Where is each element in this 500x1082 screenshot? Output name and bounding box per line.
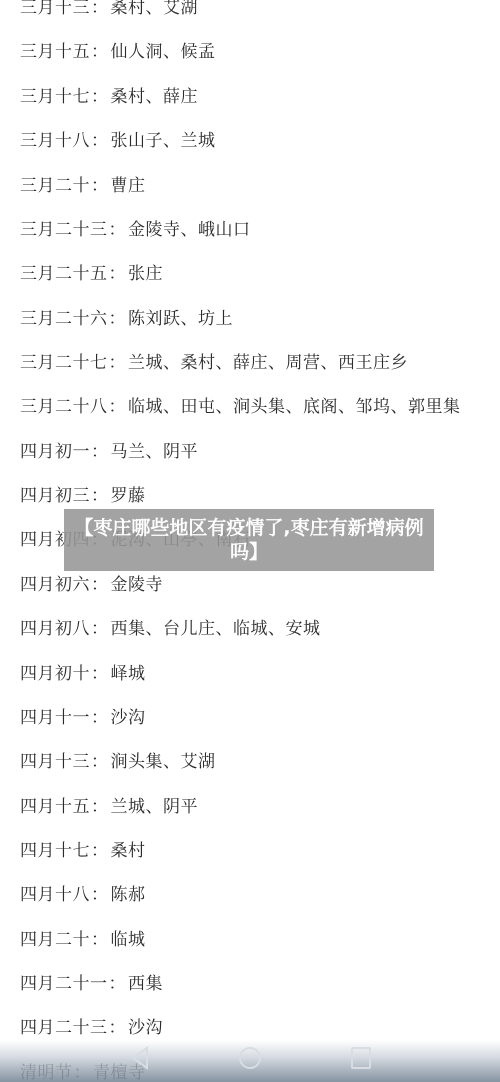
- date-label: 四月初八: [20, 619, 90, 639]
- separator: ：: [91, 664, 109, 684]
- banner-title: 【枣庄哪些地区有疫情了,枣庄有新增病例吗】: [64, 516, 434, 564]
- date-label: 四月初一: [20, 442, 90, 462]
- list-item: 三月二十：曹庄: [20, 174, 146, 198]
- date-label: 四月十一: [20, 708, 90, 728]
- list-item: 四月十三：涧头集、艾湖: [20, 750, 216, 774]
- places: 桑村、艾湖: [111, 0, 199, 18]
- separator: ：: [91, 841, 109, 861]
- list-item: 四月初八：西集、台儿庄、临城、安城: [20, 617, 321, 641]
- list-item: 三月十八：张山子、兰城: [20, 129, 216, 153]
- places: 陈郝: [111, 885, 146, 905]
- places: 陈刘跃、坊上: [128, 309, 233, 329]
- separator: ：: [109, 309, 127, 329]
- date-label: 四月十八: [20, 885, 90, 905]
- date-label: 三月十五: [20, 42, 90, 62]
- places: 西集、台儿庄、临城、安城: [111, 619, 321, 639]
- separator: ：: [91, 486, 109, 506]
- back-triangle-icon: [127, 1045, 153, 1071]
- places: 张山子、兰城: [111, 131, 216, 151]
- date-label: 三月二十: [20, 176, 90, 196]
- separator: ：: [91, 575, 109, 595]
- list-item: 四月十一：沙沟: [20, 706, 146, 730]
- date-label: 四月十七: [20, 841, 90, 861]
- separator: ：: [109, 397, 127, 417]
- separator: ：: [109, 264, 127, 284]
- separator: ：: [109, 1018, 127, 1038]
- separator: ：: [91, 885, 109, 905]
- separator: ：: [91, 619, 109, 639]
- separator: ：: [109, 220, 127, 240]
- separator: ：: [91, 797, 109, 817]
- list-item: 四月十五：兰城、阴平: [20, 795, 198, 819]
- date-label: 四月十三: [20, 752, 90, 772]
- places: 桑村、薛庄: [111, 87, 199, 107]
- places: 仙人洞、候孟: [111, 42, 216, 62]
- list-item: 三月二十五：张庄: [20, 262, 163, 286]
- separator: ：: [91, 87, 109, 107]
- places: 桑村: [111, 841, 146, 861]
- list-item: 三月二十八：临城、田屯、涧头集、底阁、邹坞、郭里集: [20, 395, 461, 419]
- separator: ：: [109, 353, 127, 373]
- places: 兰城、阴平: [111, 797, 199, 817]
- places: 罗藤: [111, 486, 146, 506]
- date-label: 四月十五: [20, 797, 90, 817]
- places: 峄城: [111, 664, 146, 684]
- list-item: 三月二十三：金陵寺、峨山口: [20, 218, 251, 242]
- separator: ：: [91, 0, 109, 18]
- date-label: 四月初三: [20, 486, 90, 506]
- list-item: 三月十五：仙人洞、候孟: [20, 40, 216, 64]
- date-label: 三月十八: [20, 131, 90, 151]
- places: 西集: [128, 974, 163, 994]
- list-item: 三月二十七：兰城、桑村、薛庄、周营、西王庄乡: [20, 351, 408, 375]
- date-label: 三月二十五: [20, 264, 108, 284]
- date-label: 四月初十: [20, 664, 90, 684]
- places: 涧头集、艾湖: [111, 752, 216, 772]
- places: 曹庄: [111, 176, 146, 196]
- places: 沙沟: [111, 708, 146, 728]
- separator: ：: [91, 42, 109, 62]
- back-button[interactable]: [127, 1045, 153, 1071]
- places: 马兰、阴平: [111, 442, 199, 462]
- date-label: 三月十三: [20, 0, 90, 18]
- date-label: 四月初六: [20, 575, 90, 595]
- list-item: 三月二十六：陈刘跃、坊上: [20, 307, 233, 331]
- date-label: 三月二十六: [20, 309, 108, 329]
- list-item: 四月初六：金陵寺: [20, 573, 163, 597]
- list-item: 四月二十三：沙沟: [20, 1016, 163, 1040]
- list-item: 四月初一：马兰、阴平: [20, 440, 198, 464]
- date-label: 四月二十一: [20, 974, 108, 994]
- date-label: 四月二十: [20, 930, 90, 950]
- date-label: 三月十七: [20, 87, 90, 107]
- home-button[interactable]: [237, 1045, 263, 1071]
- places: 沙沟: [128, 1018, 163, 1038]
- places: 金陵寺、峨山口: [128, 220, 251, 240]
- list-item: 四月二十：临城: [20, 928, 146, 952]
- date-label: 四月二十三: [20, 1018, 108, 1038]
- title-banner: 【枣庄哪些地区有疫情了,枣庄有新增病例吗】: [64, 509, 434, 571]
- separator: ：: [91, 708, 109, 728]
- list-item: 四月初三：罗藤: [20, 484, 146, 508]
- list-item: 四月二十一：西集: [20, 972, 163, 996]
- places: 兰城、桑村、薛庄、周营、西王庄乡: [128, 353, 408, 373]
- home-circle-icon: [237, 1045, 263, 1071]
- separator: ：: [91, 131, 109, 151]
- places: 金陵寺: [111, 575, 164, 595]
- recents-button[interactable]: [348, 1045, 374, 1071]
- places: 张庄: [128, 264, 163, 284]
- separator: ：: [91, 752, 109, 772]
- places: 临城: [111, 930, 146, 950]
- separator: ：: [109, 974, 127, 994]
- recents-square-icon: [348, 1045, 374, 1071]
- android-navigation-bar: [0, 1040, 500, 1082]
- list-item: 三月十七：桑村、薛庄: [20, 85, 198, 109]
- separator: ：: [91, 442, 109, 462]
- list-item: 四月十八：陈郝: [20, 883, 146, 907]
- date-label: 三月二十八: [20, 397, 108, 417]
- list-item: 四月十七：桑村: [20, 839, 146, 863]
- places: 临城、田屯、涧头集、底阁、邹坞、郭里集: [128, 397, 461, 417]
- list-item: 四月初十：峄城: [20, 662, 146, 686]
- date-label: 三月二十七: [20, 353, 108, 373]
- date-label: 三月二十三: [20, 220, 108, 240]
- separator: ：: [91, 930, 109, 950]
- list-item: 三月十三：桑村、艾湖: [20, 0, 198, 20]
- separator: ：: [91, 176, 109, 196]
